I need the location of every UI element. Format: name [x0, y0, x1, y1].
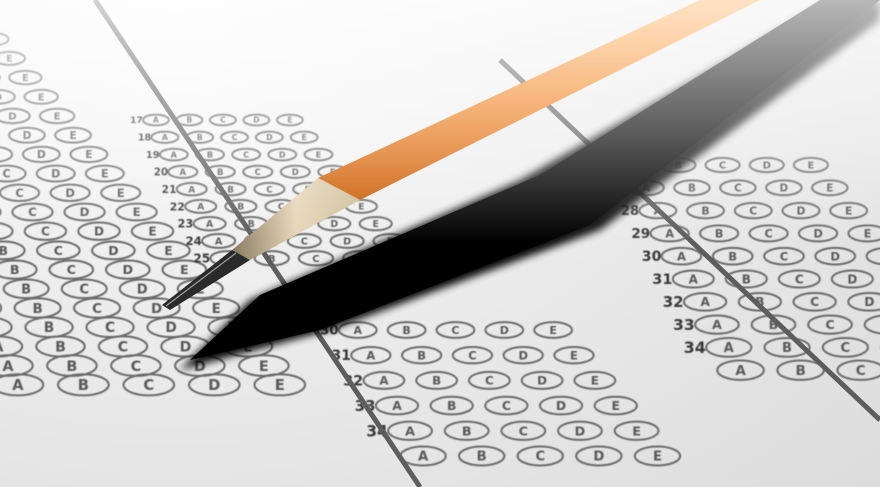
- bubble-letter: D: [253, 116, 259, 125]
- bubble-letter: C: [3, 168, 11, 181]
- bubble-letter: B: [10, 263, 20, 278]
- bubble-letter: E: [845, 204, 852, 217]
- answer-bubble: [865, 315, 880, 333]
- bubble-letter: E: [101, 168, 109, 181]
- bubble-letter: E: [653, 450, 662, 465]
- bubble-letter: A: [180, 167, 187, 177]
- bubble-letter: C: [92, 302, 102, 317]
- bubble-letter: C: [795, 272, 804, 286]
- bubble-letter: D: [0, 92, 2, 103]
- bubble-letter: A: [700, 295, 710, 309]
- bubble-letter: E: [164, 243, 173, 258]
- bubble-letter: C: [856, 363, 866, 379]
- bubble-letter: C: [105, 320, 115, 336]
- bubble-letter: C: [485, 374, 494, 388]
- bubble-letter: D: [180, 339, 192, 355]
- bubble-letter: E: [133, 205, 141, 219]
- bubble-letter: C: [780, 249, 789, 263]
- bubble-letter: C: [312, 254, 319, 265]
- bubble-letter: C: [15, 186, 23, 200]
- bubble-letter: C: [266, 185, 272, 195]
- bubble-letter: B: [462, 424, 472, 439]
- bubble-letter: C: [749, 204, 757, 217]
- bubble-letter: E: [259, 359, 269, 375]
- bubble-letter: D: [279, 149, 286, 159]
- bubble-letter: C: [220, 116, 226, 125]
- bubble-letter: D: [80, 205, 90, 219]
- bubble-letter: A: [171, 149, 178, 159]
- question-number: 30: [642, 249, 662, 265]
- question-number: 20: [154, 166, 168, 178]
- bubble-letter: D: [780, 183, 789, 195]
- bubble-letter: A: [712, 318, 722, 333]
- photo-scene: ABCDEABCDEABCDEABCDEABCDEABCDEABCDEABCDE…: [0, 0, 880, 487]
- bubble-letter: B: [402, 324, 410, 337]
- question-number: 32: [663, 293, 684, 311]
- question-number: 17: [130, 115, 143, 126]
- answer-bubble: [0, 33, 8, 45]
- bubble-letter: D: [123, 263, 134, 278]
- bubble-letter: E: [287, 116, 292, 125]
- bubble-letter: B: [477, 450, 487, 465]
- bubble-letter: A: [12, 377, 24, 394]
- bubble-letter: B: [447, 399, 456, 413]
- bubble-letter: E: [38, 92, 45, 103]
- bubble-letter: C: [255, 167, 261, 177]
- bubble-letter: C: [79, 282, 89, 297]
- bubble-letter: E: [807, 161, 814, 172]
- bubble-letter: E: [148, 225, 156, 239]
- answer-bubble: [0, 298, 1, 317]
- question-number: 18: [138, 133, 152, 144]
- bubble-letter: B: [0, 243, 8, 258]
- bubble-letter: B: [432, 374, 441, 388]
- bubble-letter: C: [28, 205, 37, 219]
- question-number: 33: [673, 316, 695, 334]
- bubble-letter: A: [162, 133, 169, 142]
- bubble-letter: E: [358, 203, 364, 213]
- bubble-letter: C: [232, 133, 238, 142]
- answer-bubble: [0, 317, 12, 337]
- bubble-letter: A: [206, 219, 214, 230]
- bubble-letter: A: [2, 359, 14, 375]
- bubble-letter: D: [500, 324, 509, 337]
- bubble-letter: C: [54, 243, 63, 258]
- bubble-letter: B: [728, 249, 737, 263]
- bubble-letter: E: [180, 263, 189, 278]
- bubble-letter: B: [227, 185, 234, 195]
- bubble-letter: E: [591, 374, 599, 388]
- bubble-letter: D: [292, 167, 299, 177]
- question-number: 22: [170, 200, 185, 213]
- bubble-letter: C: [825, 318, 834, 333]
- bubble-letter: A: [215, 236, 223, 247]
- bubble-letter: C: [734, 183, 742, 195]
- bubble-letter: C: [502, 399, 511, 413]
- bubble-letter: C: [519, 424, 528, 439]
- bubble-letter: E: [826, 183, 833, 195]
- bubble-letter: A: [677, 249, 686, 263]
- bubble-letter: D: [208, 377, 220, 394]
- bubble-letter: A: [665, 227, 674, 240]
- answer-sheet: ABCDEABCDEABCDEABCDEABCDEABCDEABCDEABCDE…: [0, 0, 880, 487]
- bubble-letter: D: [8, 112, 16, 123]
- bubble-letter: A: [392, 399, 402, 413]
- bubble-letter: A: [0, 339, 4, 355]
- bubble-letter: C: [841, 341, 851, 356]
- bubble-letter: C: [301, 236, 308, 247]
- bubble-letter: E: [570, 348, 578, 362]
- answer-bubble: [0, 90, 15, 104]
- bubble-letter: B: [32, 302, 42, 317]
- bubble-letter: A: [366, 348, 375, 362]
- bubble-letter: E: [864, 227, 872, 240]
- bubble-letter: B: [44, 320, 55, 336]
- bubble-letter: C: [243, 149, 249, 159]
- bubble-letter: C: [118, 339, 128, 355]
- bubble-letter: D: [266, 133, 273, 142]
- bubble-letter: B: [78, 377, 89, 394]
- bubble-letter: B: [21, 282, 31, 297]
- bubble-letter: D: [23, 130, 32, 142]
- bubble-letter: C: [765, 227, 773, 240]
- bubble-letter: D: [796, 204, 805, 217]
- question-number: 29: [631, 226, 650, 242]
- bubble-letter: E: [275, 377, 285, 394]
- bubble-letter: B: [782, 341, 792, 356]
- bubble-letter: C: [143, 377, 154, 394]
- question-number: 21: [162, 183, 177, 196]
- bubble-letter: C: [535, 450, 545, 465]
- bubble-letter: E: [373, 219, 379, 230]
- question-number: 25: [193, 252, 210, 266]
- bubble-letter: A: [354, 324, 363, 337]
- bubble-letter: A: [379, 374, 389, 388]
- bubble-letter: D: [537, 374, 547, 388]
- bubble-letter: A: [735, 363, 746, 379]
- bubble-letter: D: [330, 219, 338, 230]
- question-number: 19: [146, 150, 160, 161]
- bubble-letter: E: [301, 133, 306, 142]
- bubble-letter: A: [418, 450, 429, 465]
- bubble-letter: B: [688, 183, 696, 195]
- bubble-letter: E: [22, 73, 28, 84]
- bubble-letter: D: [51, 168, 60, 181]
- bubble-letter: B: [66, 359, 77, 375]
- bubble-letter: B: [207, 149, 213, 159]
- bubble-letter: C: [468, 348, 476, 362]
- bubble-letter: E: [549, 324, 557, 337]
- bubble-letter: E: [54, 112, 61, 123]
- bubble-letter: D: [830, 249, 840, 263]
- bubble-letter: B: [187, 116, 193, 125]
- question-number: 34: [684, 338, 706, 357]
- bubble-letter: D: [165, 320, 176, 336]
- bubble-letter: E: [612, 399, 620, 413]
- bubble-letter: C: [67, 263, 76, 278]
- bubble-letter: C: [451, 324, 459, 337]
- bubble-letter: A: [188, 185, 195, 195]
- question-number: 31: [652, 272, 672, 288]
- bubble-letter: B: [715, 227, 724, 240]
- bubble-letter: C: [41, 225, 50, 239]
- bubble-letter: D: [847, 272, 857, 286]
- bubble-letter: A: [153, 116, 159, 125]
- bubble-letter: E: [117, 186, 125, 200]
- answer-bubble: [0, 223, 13, 240]
- bubble-letter: E: [212, 302, 221, 317]
- bubble-letter: B: [701, 204, 709, 217]
- bubble-letter: D: [763, 161, 771, 172]
- bubble-letter: A: [689, 272, 699, 286]
- bubble-letter: D: [575, 424, 586, 439]
- bubble-letter: D: [137, 282, 148, 297]
- answer-bubble: [0, 147, 12, 162]
- bubble-letter: C: [131, 359, 142, 375]
- bubble-letter: B: [197, 133, 203, 142]
- bubble-letter: C: [810, 295, 819, 309]
- bubble-letter: D: [593, 450, 604, 465]
- bubble-letter: C: [719, 161, 726, 172]
- question-number: 23: [178, 217, 194, 231]
- bubble-letter: B: [55, 339, 66, 355]
- bubble-letter: B: [795, 363, 805, 379]
- bubble-letter: D: [518, 348, 528, 362]
- bubble-letter: E: [632, 424, 641, 439]
- bubble-letter: B: [742, 272, 751, 286]
- bubble-letter: D: [65, 186, 74, 200]
- bubble-letter: D: [813, 227, 822, 240]
- bubble-letter: B: [217, 167, 223, 177]
- bubble-letter: D: [151, 302, 162, 317]
- bubble-letter: E: [69, 130, 76, 142]
- bubble-letter: A: [405, 424, 415, 439]
- bubble-letter: E: [85, 148, 92, 161]
- bubble-letter: A: [197, 203, 204, 213]
- bubble-letter: E: [316, 149, 322, 159]
- bubble-letter: E: [6, 55, 12, 65]
- bubble-letter: D: [37, 148, 46, 161]
- answer-bubble: [0, 204, 1, 221]
- bubble-letter: D: [556, 399, 566, 413]
- bubble-letter: D: [94, 225, 104, 239]
- bubble-letter: A: [724, 341, 735, 356]
- bubble-letter: D: [343, 236, 351, 247]
- bubble-letter: D: [864, 295, 874, 309]
- question-number: 24: [185, 234, 201, 248]
- answer-bubble: [867, 248, 880, 265]
- bubble-letter: D: [108, 243, 118, 258]
- bubble-letter: B: [417, 348, 426, 362]
